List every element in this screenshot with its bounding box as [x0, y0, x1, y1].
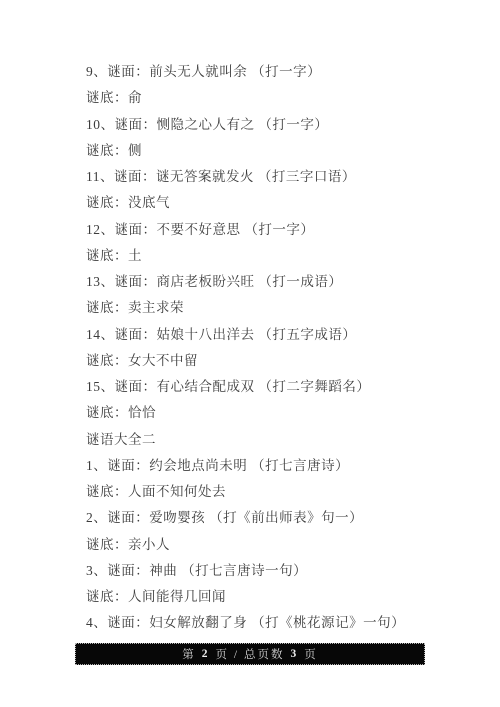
footer-page-suffix-label: 页 [304, 646, 318, 662]
footer-pagination-bar: 第 2 页 / 总页数 3 页 [75, 643, 425, 665]
riddle-question-line: 11、谜面：谜无答案就发火 （打三字口语） [86, 164, 480, 190]
footer-page-prefix-label: 第 [182, 646, 196, 662]
riddle-answer-line: 谜底：人间能得几回闻 [86, 584, 480, 610]
riddle-answer-line: 谜底：亲小人 [86, 532, 480, 558]
riddle-question-line: 10、谜面：恻隐之心人有之 （打一字） [86, 112, 480, 138]
riddle-question-line: 14、谜面：姑娘十八出洋去 （打五字成语） [86, 322, 480, 348]
riddle-answer-line: 谜底：没底气 [86, 190, 480, 216]
footer-total-pages-number: 3 [290, 648, 298, 660]
footer-page-middle-label: 页 / 总页数 [216, 646, 285, 662]
riddle-question-line: 2、谜面：爱吻婴孩 （打《前出师表》句一） [86, 505, 480, 531]
riddle-answer-line: 谜底：土 [86, 243, 480, 269]
document-content: 9、谜面：前头无人就叫余 （打一字） 谜底：俞 10、谜面：恻隐之心人有之 （打… [86, 59, 480, 637]
riddle-question-line: 12、谜面：不要不好意思 （打一字） [86, 217, 480, 243]
riddle-answer-line: 谜底：恰恰 [86, 400, 480, 426]
riddle-question-line: 4、谜面：妇女解放翻了身 （打《桃花源记》一句） [86, 610, 480, 636]
riddle-answer-line: 谜底：俞 [86, 85, 480, 111]
riddle-answer-line: 谜底：卖主求荣 [86, 295, 480, 321]
riddle-question-line: 15、谜面：有心结合配成双 （打二字舞蹈名） [86, 374, 480, 400]
riddle-question-line: 3、谜面：神曲 （打七言唐诗一句） [86, 558, 480, 584]
riddle-answer-line: 谜底：女大不中留 [86, 348, 480, 374]
riddle-question-line: 1、谜面：约会地点尚未明 （打七言唐诗） [86, 453, 480, 479]
document-page: 9、谜面：前头无人就叫余 （打一字） 谜底：俞 10、谜面：恻隐之心人有之 （打… [0, 0, 500, 707]
footer-current-page-number: 2 [202, 648, 210, 660]
section-heading: 谜语大全二 [86, 427, 480, 453]
riddle-answer-line: 谜底：人面不知何处去 [86, 479, 480, 505]
riddle-question-line: 9、谜面：前头无人就叫余 （打一字） [86, 59, 480, 85]
riddle-answer-line: 谜底：侧 [86, 138, 480, 164]
riddle-question-line: 13、谜面：商店老板盼兴旺 （打一成语） [86, 269, 480, 295]
